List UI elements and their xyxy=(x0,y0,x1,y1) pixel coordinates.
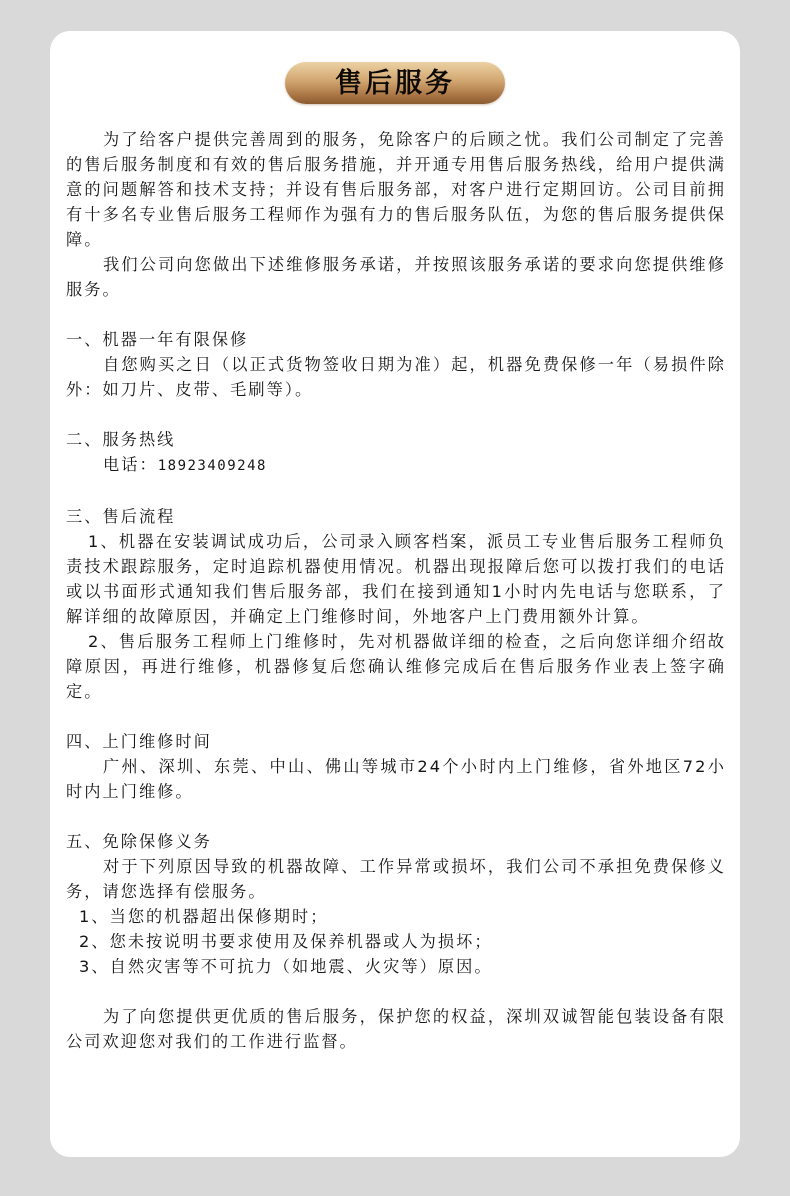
phone-number: 18923409248 xyxy=(158,458,267,474)
spacer xyxy=(66,979,726,1004)
after-sales-content: 为了给客户提供完善周到的服务，免除客户的后顾之忧。我们公司制定了完善的售后服务制… xyxy=(66,127,726,1054)
spacer xyxy=(66,479,726,504)
exemption-item-3: 3、自然灾害等不可抗力（如地震、火灾等）原因。 xyxy=(66,954,726,979)
page-title: 售后服务 xyxy=(335,70,455,97)
intro-paragraph-1: 为了给客户提供完善周到的服务，免除客户的后顾之忧。我们公司制定了完善的售后服务制… xyxy=(66,127,726,252)
exemption-item-1: 1、当您的机器超出保修期时； xyxy=(66,904,726,929)
section-heading-exemptions: 五、免除保修义务 xyxy=(66,829,726,854)
phone-label: 电话： xyxy=(103,455,158,474)
section-heading-warranty: 一、机器一年有限保修 xyxy=(66,327,726,352)
exemption-item-2: 2、您未按说明书要求使用及保养机器或人为损坏； xyxy=(66,929,726,954)
title-banner: 售后服务 xyxy=(285,62,505,104)
process-step-2: 2、售后服务工程师上门维修时，先对机器做详细的检查，之后向您详细介绍故障原因，再… xyxy=(66,629,726,704)
intro-paragraph-2: 我们公司向您做出下述维修服务承诺，并按照该服务承诺的要求向您提供维修服务。 xyxy=(66,252,726,302)
spacer xyxy=(66,804,726,829)
section-heading-process: 三、售后流程 xyxy=(66,504,726,529)
hotline-phone: 电话：18923409248 xyxy=(66,452,726,479)
process-step-1: 1、机器在安装调试成功后，公司录入顾客档案，派员工专业售后服务工程师负责技术跟踪… xyxy=(66,529,726,629)
after-sales-card: 售后服务 为了给客户提供完善周到的服务，免除客户的后顾之忧。我们公司制定了完善的… xyxy=(50,31,740,1157)
spacer xyxy=(66,402,726,427)
closing-paragraph: 为了向您提供更优质的售后服务，保护您的权益，深圳双诚智能包装设备有限公司欢迎您对… xyxy=(66,1004,726,1054)
section-heading-hotline: 二、服务热线 xyxy=(66,427,726,452)
spacer xyxy=(66,302,726,327)
section-body-onsite-time: 广州、深圳、东莞、中山、佛山等城市24个小时内上门维修，省外地区72小时内上门维… xyxy=(66,754,726,804)
section-heading-onsite-time: 四、上门维修时间 xyxy=(66,729,726,754)
section-body-warranty: 自您购买之日（以正式货物签收日期为准）起，机器免费保修一年（易损件除外：如刀片、… xyxy=(66,352,726,402)
spacer xyxy=(66,704,726,729)
section-body-exemptions: 对于下列原因导致的机器故障、工作异常或损坏，我们公司不承担免费保修义务，请您选择… xyxy=(66,854,726,904)
